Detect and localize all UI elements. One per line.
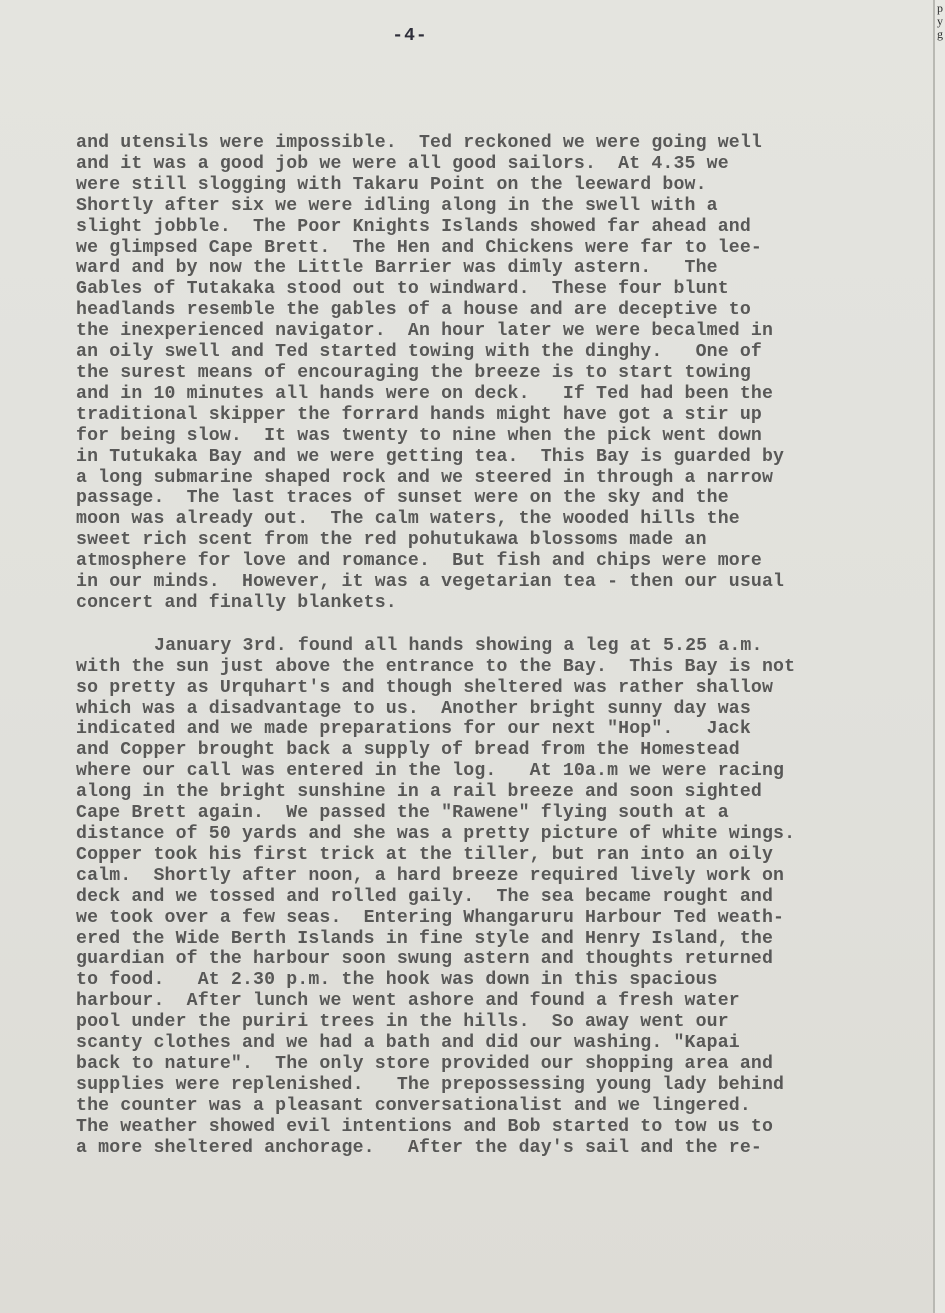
scanned-page-photo: -4- and utensils were impossible. Ted re… <box>0 0 945 1313</box>
text-line: along in the bright sunshine in a rail b… <box>76 782 926 803</box>
paragraph-gap <box>76 614 926 636</box>
text-line: in Tutukaka Bay and we were getting tea.… <box>76 447 926 468</box>
text-line: and it was a good job we were all good s… <box>76 154 926 175</box>
text-line: sweet rich scent from the red pohutukawa… <box>76 530 926 551</box>
body-text: and utensils were impossible. Ted reckon… <box>76 133 926 1159</box>
text-line: ward and by now the Little Barrier was d… <box>76 258 926 279</box>
text-line: Cape Brett again. We passed the "Rawene"… <box>76 803 926 824</box>
text-line: concert and finally blankets. <box>76 593 926 614</box>
text-line: and in 10 minutes all hands were on deck… <box>76 384 926 405</box>
text-line: guardian of the harbour soon swung aster… <box>76 949 926 970</box>
text-line: traditional skipper the forrard hands mi… <box>76 405 926 426</box>
text-line: and utensils were impossible. Ted reckon… <box>76 133 926 154</box>
typewritten-page: -4- and utensils were impossible. Ted re… <box>0 0 933 1313</box>
text-line: a long submarine shaped rock and we stee… <box>76 468 926 489</box>
adjacent-page-fragment: g <box>937 28 945 41</box>
text-line: distance of 50 yards and she was a prett… <box>76 824 926 845</box>
text-line: indicated and we made preparations for o… <box>76 719 926 740</box>
text-line: Gables of Tutakaka stood out to windward… <box>76 279 926 300</box>
text-line: passage. The last traces of sunset were … <box>76 488 926 509</box>
text-line: the counter was a pleasant conversationa… <box>76 1096 926 1117</box>
text-line: where our call was entered in the log. A… <box>76 761 926 782</box>
adjacent-page-edge: p y g <box>933 0 945 1313</box>
text-line: in our minds. However, it was a vegetari… <box>76 572 926 593</box>
text-line: so pretty as Urquhart's and though shelt… <box>76 678 926 699</box>
text-line: a more sheltered anchorage. After the da… <box>76 1138 926 1159</box>
text-line: an oily swell and Ted started towing wit… <box>76 342 926 363</box>
text-line: were still slogging with Takaru Point on… <box>76 175 926 196</box>
text-line: scanty clothes and we had a bath and did… <box>76 1033 926 1054</box>
text-line: pool under the puriri trees in the hills… <box>76 1012 926 1033</box>
text-line: we took over a few seas. Entering Whanga… <box>76 908 926 929</box>
text-line: and Copper brought back a supply of brea… <box>76 740 926 761</box>
text-line: which was a disadvantage to us. Another … <box>76 699 926 720</box>
text-line: back to nature". The only store provided… <box>76 1054 926 1075</box>
text-line: for being slow. It was twenty to nine wh… <box>76 426 926 447</box>
paragraph-1: and utensils were impossible. Ted reckon… <box>76 133 926 614</box>
text-line: with the sun just above the entrance to … <box>76 657 926 678</box>
text-line: Shortly after six we were idling along i… <box>76 196 926 217</box>
page-number: -4- <box>0 26 820 46</box>
text-line: moon was already out. The calm waters, t… <box>76 509 926 530</box>
text-line: the inexperienced navigator. An hour lat… <box>76 321 926 342</box>
text-line: harbour. After lunch we went ashore and … <box>76 991 926 1012</box>
text-line: The weather showed evil intentions and B… <box>76 1117 926 1138</box>
text-line: ered the Wide Berth Islands in fine styl… <box>76 929 926 950</box>
text-line: headlands resemble the gables of a house… <box>76 300 926 321</box>
text-line: we glimpsed Cape Brett. The Hen and Chic… <box>76 238 926 259</box>
text-line: January 3rd. found all hands showing a l… <box>76 636 926 657</box>
text-line: atmosphere for love and romance. But fis… <box>76 551 926 572</box>
text-line: Copper took his first trick at the tille… <box>76 845 926 866</box>
text-line: to food. At 2.30 p.m. the hook was down … <box>76 970 926 991</box>
text-line: slight jobble. The Poor Knights Islands … <box>76 217 926 238</box>
paragraph-2: January 3rd. found all hands showing a l… <box>76 636 926 1159</box>
text-line: the surest means of encouraging the bree… <box>76 363 926 384</box>
text-line: calm. Shortly after noon, a hard breeze … <box>76 866 926 887</box>
text-line: deck and we tossed and rolled gaily. The… <box>76 887 926 908</box>
text-line: supplies were replenished. The preposses… <box>76 1075 926 1096</box>
